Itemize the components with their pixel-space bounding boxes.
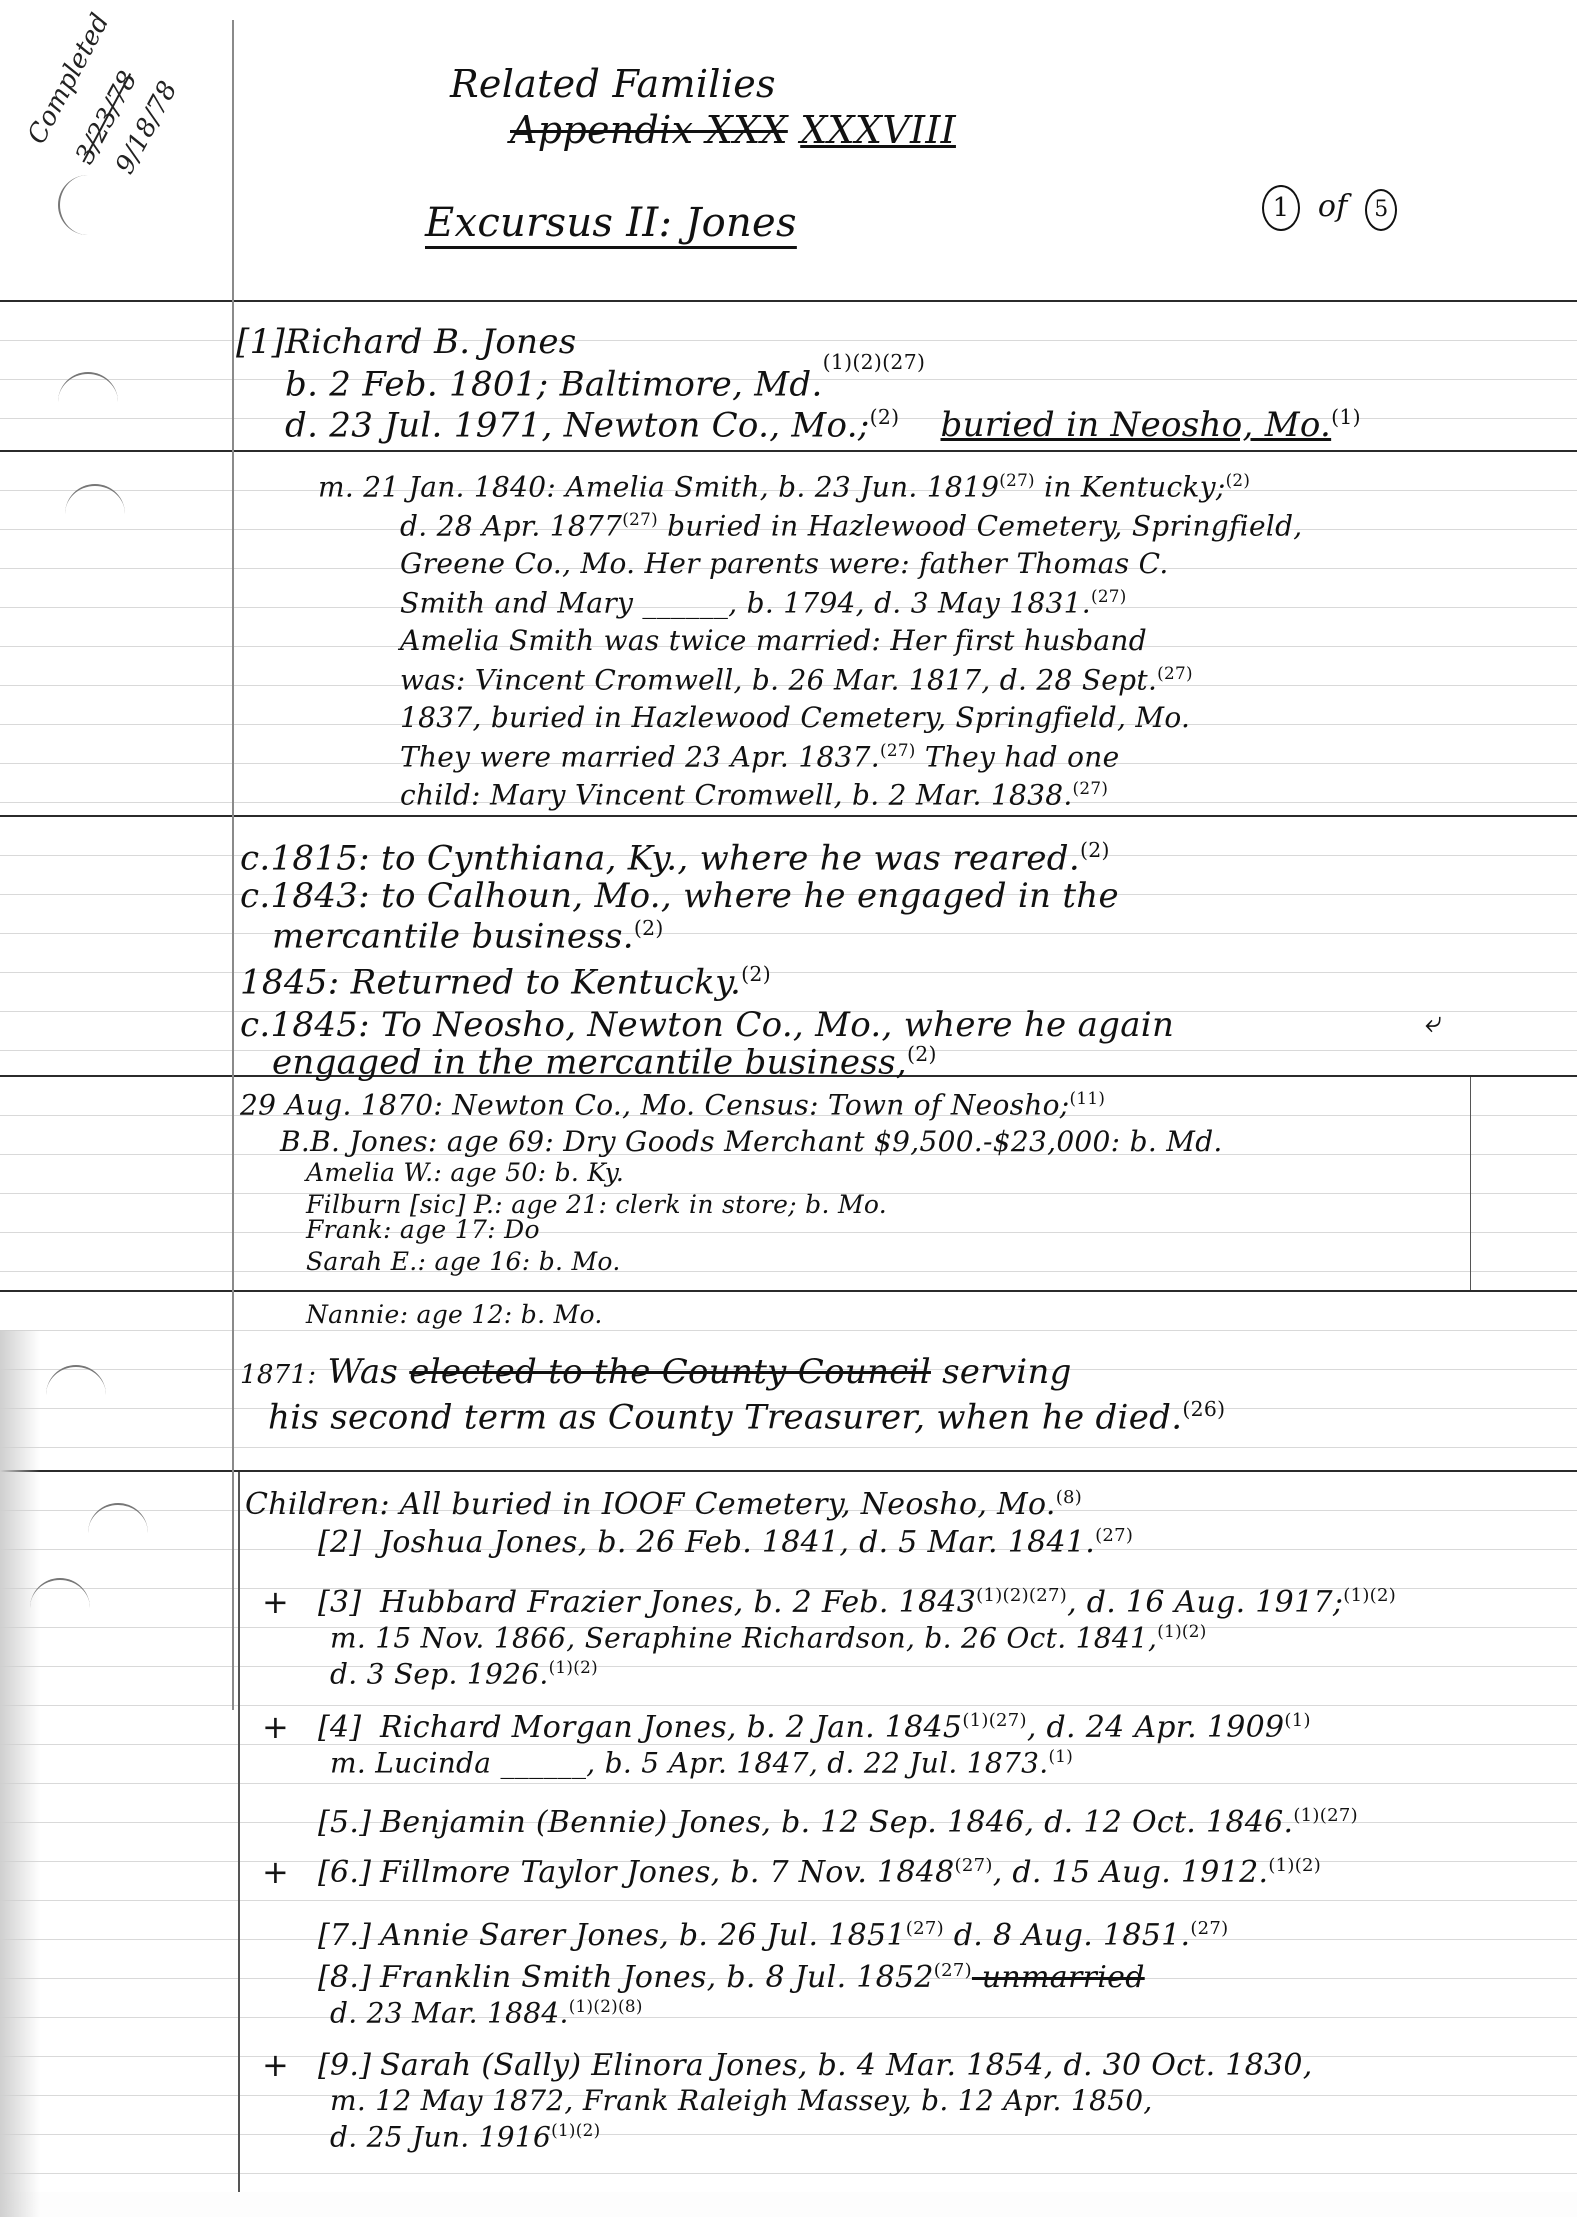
child-line: m. 12 May 1872, Frank Raleigh Massey, b.… xyxy=(330,2084,1153,2117)
line-text-tail: , d. 15 Aug. 1912. xyxy=(993,1855,1269,1890)
person-birth: b. 2 Feb. 1801; Baltimore, Md.(1)(2)(27) xyxy=(285,364,925,404)
title-appendix: Appendix XXX XXXVIII xyxy=(510,108,956,152)
descendant-plus-icon: + xyxy=(262,2046,289,2084)
line-text: Sarah E.: age 16: b. Mo. xyxy=(306,1247,621,1276)
citation-ref: (1)(2) xyxy=(1268,1855,1321,1876)
marriage-line: Smith and Mary ______, b. 1794, d. 3 May… xyxy=(400,586,1127,619)
citation-ref: (27) xyxy=(1073,778,1109,798)
citation-ref: (1) xyxy=(1048,1746,1073,1766)
marriage-line: was: Vincent Cromwell, b. 26 Mar. 1817, … xyxy=(400,663,1193,696)
citation-ref: (1)(2) xyxy=(551,2120,600,2140)
citation-ref: (1)(2) xyxy=(1157,1621,1206,1641)
line-text: Joshua Jones, b. 26 Feb. 1841, d. 5 Mar.… xyxy=(380,1525,1095,1560)
census-row: Sarah E.: age 16: b. Mo. xyxy=(306,1247,621,1276)
child-line: m. 15 Nov. 1866, Seraphine Richardson, b… xyxy=(330,1621,1207,1654)
citation-ref: (2) xyxy=(634,916,664,940)
children-heading: Children: All buried in IOOF Cemetery, N… xyxy=(245,1487,1082,1522)
citation-ref: (27) xyxy=(1157,663,1193,683)
line-text: m. Lucinda ______, b. 5 Apr. 1847, d. 22… xyxy=(330,1746,1048,1779)
citation-ref: (1)(2) xyxy=(549,1657,598,1677)
line-text-tail: , d. 16 Aug. 1917; xyxy=(1067,1585,1343,1620)
line-text: c.1845: To Neosho, Newton Co., Mo., wher… xyxy=(240,1005,1174,1045)
line-text: was: Vincent Cromwell, b. 26 Mar. 1817, … xyxy=(400,663,1157,696)
line-text-tail: buried in Hazlewood Cemetery, Springfiel… xyxy=(658,509,1303,542)
line-text: 1837, buried in Hazlewood Cemetery, Spri… xyxy=(400,701,1190,734)
descendant-plus-icon: + xyxy=(262,1583,289,1621)
line-text: d. 28 Apr. 1877 xyxy=(400,509,622,542)
title-related-families: Related Families xyxy=(450,62,776,106)
citation-ref: (2) xyxy=(1080,838,1110,862)
child-line: m. Lucinda ______, b. 5 Apr. 1847, d. 22… xyxy=(330,1746,1073,1779)
census-row: Frank: age 17: Do xyxy=(306,1215,540,1244)
child-line: d. 3 Sep. 1926.(1)(2) xyxy=(330,1657,598,1690)
line-text: Amelia Smith was twice married: Her firs… xyxy=(400,624,1147,657)
page-number: 1 xyxy=(1262,185,1300,231)
continue-arrow-icon: ⤶ xyxy=(1425,1005,1442,1040)
line-text: d. 23 Mar. 1884. xyxy=(330,1996,569,2029)
marriage-line: They were married 23 Apr. 1837.(27) They… xyxy=(400,740,1119,773)
marriage-line: m. 21 Jan. 1840: Amelia Smith, b. 23 Jun… xyxy=(318,470,1250,503)
child-line: Richard Morgan Jones, b. 2 Jan. 1845(1)(… xyxy=(380,1710,1311,1745)
child-id: [5.] xyxy=(318,1805,371,1840)
struck-text: unmarried xyxy=(972,1960,1145,1995)
line-text: Sarah (Sally) Elinora Jones, b. 4 Mar. 1… xyxy=(380,2048,1313,2083)
timeline-entry: 1845: Returned to Kentucky.(2) xyxy=(240,962,771,1002)
title-struck-text: Appendix XXX xyxy=(510,108,788,152)
child-line: Fillmore Taylor Jones, b. 7 Nov. 1848(27… xyxy=(380,1855,1321,1890)
line-text: d. 25 Jun. 1916 xyxy=(330,2120,551,2153)
citation-ref: (2) xyxy=(741,962,771,986)
citation-ref: (27) xyxy=(1095,1525,1133,1546)
citation-ref: (27) xyxy=(622,509,658,529)
timeline-entry: engaged in the mercantile business,(2) xyxy=(272,1042,937,1082)
descendant-plus-icon: + xyxy=(262,1708,289,1746)
citation-ref: (27) xyxy=(1190,1918,1228,1939)
census-heading: 29 Aug. 1870: Newton Co., Mo. Census: To… xyxy=(240,1088,1105,1121)
line-text: c.1815: to Cynthiana, Ky., where he was … xyxy=(240,838,1080,878)
person-name: [1]Richard B. Jones xyxy=(236,322,577,362)
line-text: engaged in the mercantile business, xyxy=(272,1042,907,1082)
line-text: m. 15 Nov. 1866, Seraphine Richardson, b… xyxy=(330,1621,1157,1654)
citation-ref: (27) xyxy=(880,740,916,760)
citation-ref: (27) xyxy=(906,1918,944,1939)
line-text: Nannie: age 12: b. Mo. xyxy=(306,1300,603,1329)
line-text: child: Mary Vincent Cromwell, b. 2 Mar. … xyxy=(400,778,1073,811)
line-text: Hubbard Frazier Jones, b. 2 Feb. 1843 xyxy=(380,1585,976,1620)
citation-ref: (1)(2) xyxy=(1343,1585,1396,1606)
citation-ref: (1)(27) xyxy=(1293,1805,1358,1826)
child-id: [8.] xyxy=(318,1960,371,1995)
child-line: Sarah (Sally) Elinora Jones, b. 4 Mar. 1… xyxy=(380,2048,1313,2083)
citation-ref: (1)(27) xyxy=(962,1710,1027,1731)
child-line: d. 23 Mar. 1884.(1)(2)(8) xyxy=(330,1996,643,2029)
scan-shadow xyxy=(0,1330,40,2217)
line-text: Greene Co., Mo. Her parents were: father… xyxy=(400,547,1169,580)
line-text: Frank: age 17: Do xyxy=(306,1215,540,1244)
margin-rule xyxy=(232,20,234,1710)
citation-ref: (1)(2)(8) xyxy=(569,1996,643,2016)
child-line: Hubbard Frazier Jones, b. 2 Feb. 1843(1)… xyxy=(380,1585,1396,1620)
line-text: m. 21 Jan. 1840: Amelia Smith, b. 23 Jun… xyxy=(318,470,999,503)
line-text: mercantile business. xyxy=(272,916,634,956)
census-row: B.B. Jones: age 69: Dry Goods Merchant $… xyxy=(280,1125,1223,1158)
marriage-line: Amelia Smith was twice married: Her firs… xyxy=(400,624,1147,657)
note-1871-line1: 1871: Was elected to the County Council … xyxy=(240,1352,1072,1392)
person-burial: buried in Neosho, Mo. xyxy=(941,405,1332,445)
child-line: d. 25 Jun. 1916(1)(2) xyxy=(330,2120,600,2153)
marriage-line: Greene Co., Mo. Her parents were: father… xyxy=(400,547,1169,580)
citation-ref: (27) xyxy=(955,1855,993,1876)
line-text: Benjamin (Bennie) Jones, b. 12 Sep. 1846… xyxy=(380,1805,1293,1840)
citation-ref: (1)(2)(27) xyxy=(976,1585,1067,1606)
timeline-entry: c.1845: To Neosho, Newton Co., Mo., wher… xyxy=(240,1005,1174,1045)
page-of: of xyxy=(1318,189,1348,224)
census-row: Nannie: age 12: b. Mo. xyxy=(306,1300,603,1329)
line-text: Franklin Smith Jones, b. 8 Jul. 1852 xyxy=(380,1960,934,1995)
citation-ref: (1) xyxy=(1284,1710,1310,1731)
page-indicator: 1 of 5 xyxy=(1262,185,1397,231)
page-total: 5 xyxy=(1365,189,1397,231)
timeline-entry: c.1843: to Calhoun, Mo., where he engage… xyxy=(240,876,1119,916)
child-line: Benjamin (Bennie) Jones, b. 12 Sep. 1846… xyxy=(380,1805,1358,1840)
line-text-tail: They had one xyxy=(916,740,1120,773)
line-text-tail: in Kentucky; xyxy=(1035,470,1226,503)
marriage-line: d. 28 Apr. 1877(27) buried in Hazlewood … xyxy=(400,509,1303,542)
line-text: c.1843: to Calhoun, Mo., where he engage… xyxy=(240,876,1119,916)
timeline-entry: c.1815: to Cynthiana, Ky., where he was … xyxy=(240,838,1110,878)
person-death: d. 23 Jul. 1971, Newton Co., Mo.;(2) bur… xyxy=(285,405,1361,445)
marriage-line: 1837, buried in Hazlewood Cemetery, Spri… xyxy=(400,701,1190,734)
child-id: [2] xyxy=(318,1525,361,1560)
child-id: [3] xyxy=(318,1585,361,1620)
child-id: [7.] xyxy=(318,1918,371,1953)
line-text: They were married 23 Apr. 1837. xyxy=(400,740,880,773)
line-text-tail: d. 8 Aug. 1851. xyxy=(944,1918,1190,1953)
timeline-entry: mercantile business.(2) xyxy=(272,916,664,956)
line-text-tail: , d. 24 Apr. 1909 xyxy=(1027,1710,1285,1745)
line-text: d. 3 Sep. 1926. xyxy=(330,1657,549,1690)
child-id: [6.] xyxy=(318,1855,371,1890)
note-1871-struck: elected to the County Council xyxy=(409,1352,931,1392)
child-id: [4] xyxy=(318,1710,361,1745)
citation-ref: (2) xyxy=(1226,470,1251,490)
citation-ref: (27) xyxy=(1091,586,1127,606)
child-id: [9.] xyxy=(318,2048,371,2083)
note-1871-line2: his second term as County Treasurer, whe… xyxy=(268,1397,1225,1437)
scanned-page: Completed 3/23/78 9/18/78 Related Famili… xyxy=(0,0,1577,2217)
citation-ref: (27) xyxy=(999,470,1035,490)
census-row: Amelia W.: age 50: b. Ky. xyxy=(306,1158,624,1187)
line-text: 1845: Returned to Kentucky. xyxy=(240,962,741,1002)
citation-ref: (27) xyxy=(934,1960,972,1981)
line-text: Amelia W.: age 50: b. Ky. xyxy=(306,1158,624,1187)
line-text: B.B. Jones: age 69: Dry Goods Merchant $… xyxy=(280,1125,1223,1158)
child-line: Annie Sarer Jones, b. 26 Jul. 1851(27) d… xyxy=(380,1918,1228,1953)
line-text: Richard Morgan Jones, b. 2 Jan. 1845 xyxy=(380,1710,962,1745)
citation-ref: (2) xyxy=(907,1042,937,1066)
descendant-plus-icon: + xyxy=(262,1853,289,1891)
line-text: m. 12 May 1872, Frank Raleigh Massey, b.… xyxy=(330,2084,1153,2117)
line-text: Smith and Mary ______, b. 1794, d. 3 May… xyxy=(400,586,1091,619)
line-text: Annie Sarer Jones, b. 26 Jul. 1851 xyxy=(380,1918,906,1953)
child-line: Joshua Jones, b. 26 Feb. 1841, d. 5 Mar.… xyxy=(380,1525,1133,1560)
page-title: Excursus II: Jones xyxy=(425,200,797,246)
line-text: Fillmore Taylor Jones, b. 7 Nov. 1848 xyxy=(380,1855,955,1890)
marriage-line: child: Mary Vincent Cromwell, b. 2 Mar. … xyxy=(400,778,1108,811)
title-roman-numeral: XXXVIII xyxy=(800,108,956,152)
child-line: Franklin Smith Jones, b. 8 Jul. 1852(27)… xyxy=(380,1960,1145,1995)
